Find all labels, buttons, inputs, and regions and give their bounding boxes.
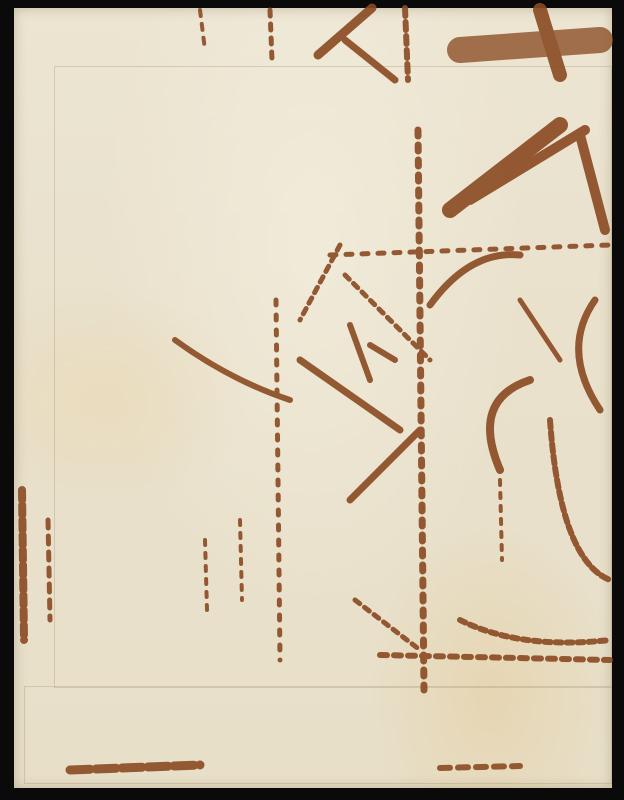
painted-markings (0, 0, 624, 800)
photo-background (0, 0, 624, 800)
